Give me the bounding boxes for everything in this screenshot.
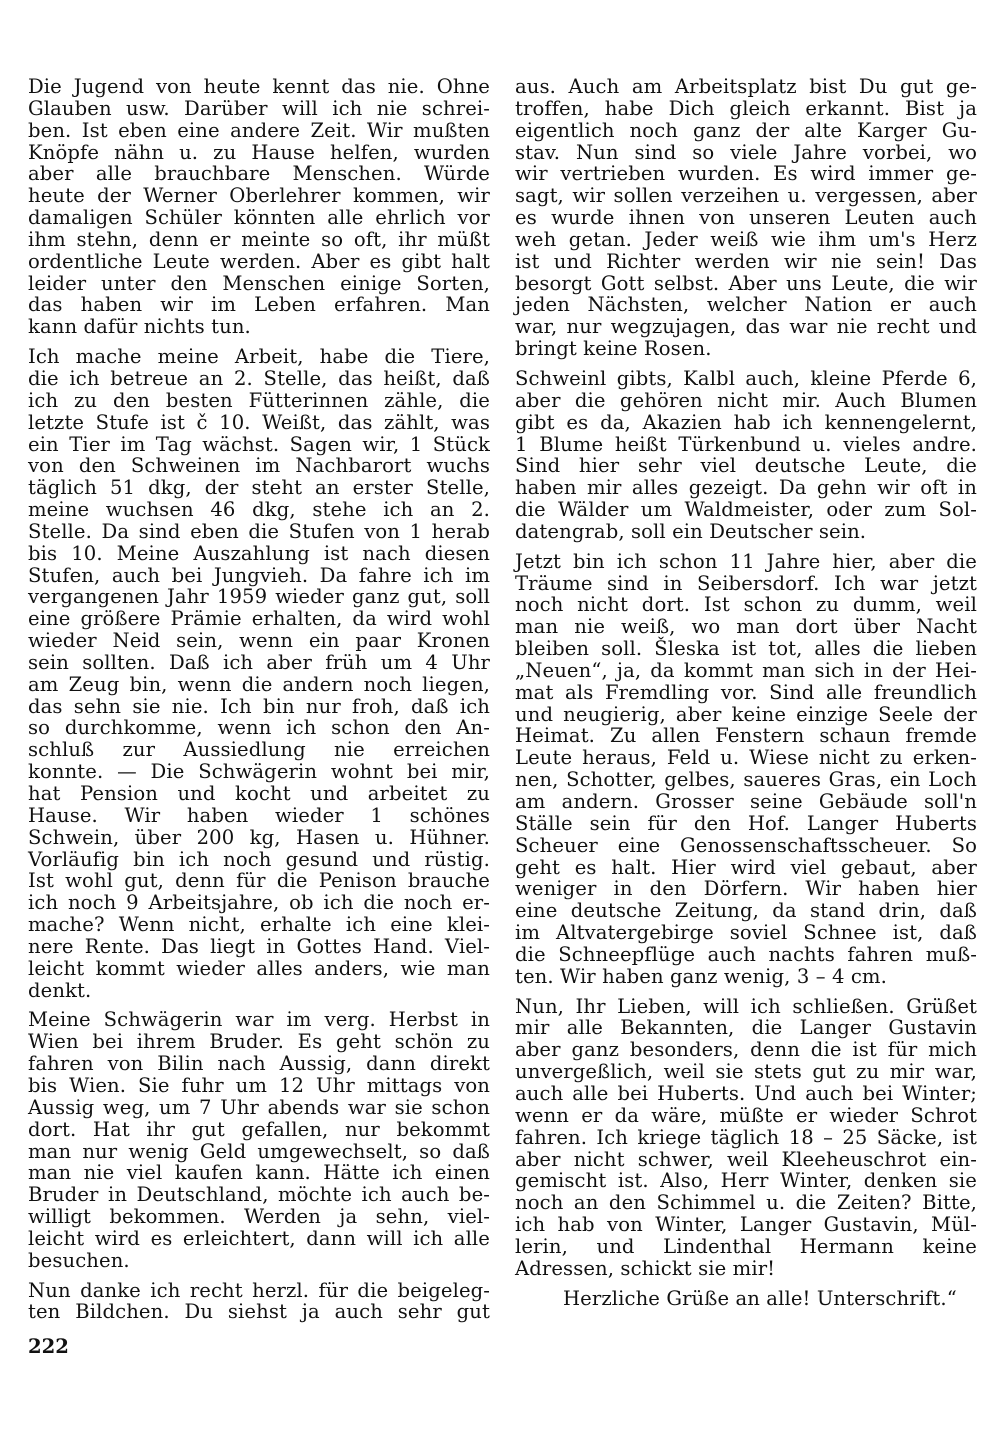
text-line: aber ganz besonders, denn die ist für mi… <box>515 1039 977 1061</box>
text-line: 1 Blume heißt Türkenbund u. vieles andre… <box>515 434 977 456</box>
text-line: jeden Nächsten, welcher Nation er auch <box>515 294 977 316</box>
text-line: Die Jugend von heute kennt das nie. Ohne <box>28 76 490 98</box>
text-line: eine deutsche Zeitung, da stand drin, da… <box>515 900 977 922</box>
left-column: Die Jugend von heute kennt das nie. Ohne… <box>28 76 490 1331</box>
text-line: dort. Hat ihr gut gefallen, nur bekommt <box>28 1119 490 1141</box>
paragraph: Nun danke ich recht herzl. für die beige… <box>28 1280 490 1324</box>
text-line: eigentlich noch ganz der alte Karger Gu- <box>515 120 977 142</box>
text-line: Hause. Wir haben wieder 1 schönes <box>28 805 490 827</box>
text-line: Meine Schwägerin war im verg. Herbst in <box>28 1009 490 1031</box>
text-line: mir alle Bekannten, die Langer Gustavin <box>515 1017 977 1039</box>
text-line: fahren von Bilin nach Aussig, dann direk… <box>28 1053 490 1075</box>
text-line: wir vertrieben wurden. Es wird immer ge- <box>515 163 977 185</box>
paragraph: Die Jugend von heute kennt das nie. Ohne… <box>28 76 490 338</box>
text-line: nen, Schotter, gelbes, saueres Gras, ein… <box>515 769 977 791</box>
text-line: leicht kommt wieder alles anders, wie ma… <box>28 958 490 980</box>
text-line: Schweinl gibts, Kalbl auch, kleine Pferd… <box>515 368 977 390</box>
text-line: besuchen. <box>28 1250 490 1272</box>
text-line: am Zeug bin, wenn die andern noch liegen… <box>28 674 490 696</box>
text-line: Sind hier sehr viel deutsche Leute, die <box>515 455 977 477</box>
text-line: Nun danke ich recht herzl. für die beige… <box>28 1280 490 1302</box>
text-line: täglich 51 dkg, der steht an erster Stel… <box>28 477 490 499</box>
paragraph: aus. Auch am Arbeitsplatz bist Du gut ge… <box>515 76 977 360</box>
text-line: leider unter den Menschen einige Sorten, <box>28 273 490 295</box>
closing-line: Herzliche Grüße an alle! Unterschrift.“ <box>515 1288 977 1310</box>
text-line: und neugierig, aber keine einzige Seele … <box>515 704 977 726</box>
text-line: die ich betreue an 2. Stelle, das heißt,… <box>28 368 490 390</box>
text-line: Ist wohl gut, denn für die Penison brauc… <box>28 870 490 892</box>
text-line: sagt, wir sollen verzeihen u. vergessen,… <box>515 185 977 207</box>
text-line: fahren. Ich kriege täglich 18 – 25 Säcke… <box>515 1127 977 1149</box>
text-line: Träume sind in Seibersdorf. Ich war jetz… <box>515 573 977 595</box>
text-line: das sehn sie nie. Ich bin nur froh, daß … <box>28 696 490 718</box>
text-line: haben mir alles gezeigt. Da gehn wir oft… <box>515 477 977 499</box>
text-line: aber alle brauchbare Menschen. Würde <box>28 163 490 185</box>
text-line: das haben wir im Leben erfahren. Man <box>28 294 490 316</box>
text-line: stav. Nun sind so viele Jahre vorbei, wo <box>515 142 977 164</box>
text-line: von den Schweinen im Nachbarort wuchs <box>28 455 490 477</box>
text-line: ten. Wir haben ganz wenig, 3 – 4 cm. <box>515 966 977 988</box>
text-line: letzte Stufe ist č 10. Weißt, das zählt,… <box>28 412 490 434</box>
text-line: Stelle. Da sind eben die Stufen von 1 he… <box>28 521 490 543</box>
text-line: meine wuchsen 46 dkg, stehe ich an 2. <box>28 499 490 521</box>
text-line: bis 10. Meine Auszahlung ist nach diesen <box>28 543 490 565</box>
text-line: unvergeßlich, weil sie stets gut zu mir … <box>515 1061 977 1083</box>
right-column: aus. Auch am Arbeitsplatz bist Du gut ge… <box>515 76 977 1317</box>
text-line: auch alle bei Huberts. Und auch bei Wint… <box>515 1083 977 1105</box>
text-line: willigt bekommen. Werden ja sehn, viel- <box>28 1206 490 1228</box>
text-line: noch an den Schimmel u. die Zeiten? Bitt… <box>515 1192 977 1214</box>
text-line: Vorläufig bin ich noch gesund und rüstig… <box>28 849 490 871</box>
text-line: ist und Richter werden wir nie sein! Das <box>515 251 977 273</box>
text-line: „Neuen“, ja, da kommt man sich in der He… <box>515 660 977 682</box>
text-line: Stufen, auch bei Jungvieh. Da fahre ich … <box>28 565 490 587</box>
text-line: mache? Wenn nicht, erhalte ich eine klei… <box>28 914 490 936</box>
text-line: Ställe sein für den Hof. Langer Huberts <box>515 813 977 835</box>
text-line: Bruder in Deutschland, möchte ich auch b… <box>28 1184 490 1206</box>
text-line: ben. Ist eben eine andere Zeit. Wir mußt… <box>28 120 490 142</box>
text-line: weh getan. Jeder weiß wie ihm um's Herz <box>515 229 977 251</box>
text-line: Adressen, schickt sie mir! <box>515 1258 977 1280</box>
text-line: war, nur wegzujagen, das war nie recht u… <box>515 316 977 338</box>
text-line: Jetzt bin ich schon 11 Jahre hier, aber … <box>515 551 977 573</box>
paragraph: Nun, Ihr Lieben, will ich schließen. Grü… <box>515 996 977 1280</box>
text-line: man nie weiß, wo man dort über Nacht <box>515 616 977 638</box>
text-line: ordentliche Leute werden. Aber es gibt h… <box>28 251 490 273</box>
text-line: konnte. — Die Schwägerin wohnt bei mir, <box>28 761 490 783</box>
text-line: Aussig weg, um 7 Uhr abends war sie scho… <box>28 1097 490 1119</box>
text-line: Nun, Ihr Lieben, will ich schließen. Grü… <box>515 996 977 1018</box>
paragraph: Ich mache meine Arbeit, habe die Tiere,d… <box>28 346 490 1001</box>
text-line: aber nicht schwer, weil Kleeheuschrot ei… <box>515 1149 977 1171</box>
text-line: Schwein, über 200 kg, Hasen u. Hühner. <box>28 827 490 849</box>
text-line: Ich mache meine Arbeit, habe die Tiere, <box>28 346 490 368</box>
text-line: besorgt Gott selbst. Aber uns Leute, die… <box>515 273 977 295</box>
text-line: geht es halt. Hier wird viel gebaut, abe… <box>515 857 977 879</box>
text-line: Scheuer eine Genossenschaftsscheuer. So <box>515 835 977 857</box>
text-line: ihm stehn, denn er meinte so oft, ihr mü… <box>28 229 490 251</box>
closing-signature: Herzliche Grüße an alle! Unterschrift.“ <box>515 1288 977 1310</box>
text-line: weniger in den Dörfern. Wir haben hier <box>515 878 977 900</box>
document-page: Die Jugend von heute kennt das nie. Ohne… <box>0 0 1000 1432</box>
text-line: noch nicht dort. Ist schon zu dumm, weil <box>515 594 977 616</box>
text-line: Wien bei ihrem Bruder. Es geht schön zu <box>28 1031 490 1053</box>
text-line: man nie viel kaufen kann. Hätte ich eine… <box>28 1162 490 1184</box>
text-line: ten Bildchen. Du siehst ja auch sehr gut <box>28 1301 490 1323</box>
text-line: ich hab von Winter, Langer Gustavin, Mül… <box>515 1214 977 1236</box>
text-line: aber die gehören nicht mir. Auch Blumen <box>515 390 977 412</box>
text-line: bleiben soll. Šleska ist tot, alles die … <box>515 638 977 660</box>
text-line: leicht wird es erleichtert, dann will ic… <box>28 1228 490 1250</box>
text-line: die Wälder um Waldmeister, oder zum Sol- <box>515 499 977 521</box>
text-line: wenn er da wäre, müßte er wieder Schrot <box>515 1105 977 1127</box>
paragraph: Jetzt bin ich schon 11 Jahre hier, aber … <box>515 551 977 988</box>
text-line: mat als Fremdling vor. Sind alle freundl… <box>515 682 977 704</box>
text-line: bis Wien. Sie fuhr um 12 Uhr mittags von <box>28 1075 490 1097</box>
text-line: Heimat. Zu allen Fenstern schaun fremde <box>515 725 977 747</box>
text-line: ich zu den besten Fütterinnen zähle, die <box>28 390 490 412</box>
text-line: denkt. <box>28 980 490 1002</box>
text-line: Leute heraus, Feld u. Wiese nicht zu erk… <box>515 747 977 769</box>
text-line: die Schneepflüge auch nachts fahren muß- <box>515 944 977 966</box>
page-number: 222 <box>28 1336 69 1358</box>
text-line: gemischt ist. Also, Herr Winter, denken … <box>515 1170 977 1192</box>
text-line: man nur wenig Geld umgewechselt, so daß <box>28 1141 490 1163</box>
text-line: sein sollten. Daß ich aber früh um 4 Uhr <box>28 652 490 674</box>
text-line: aus. Auch am Arbeitsplatz bist Du gut ge… <box>515 76 977 98</box>
text-line: wieder Neid sein, wenn ein paar Kronen <box>28 630 490 652</box>
paragraph: Schweinl gibts, Kalbl auch, kleine Pferd… <box>515 368 977 543</box>
text-line: es wurde ihnen von unseren Leuten auch <box>515 207 977 229</box>
text-line: gibt es da, Akazien hab ich kennengelern… <box>515 412 977 434</box>
text-line: heute der Werner Oberlehrer kommen, wir <box>28 185 490 207</box>
text-line: ein Tier im Tag wächst. Sagen wir, 1 Stü… <box>28 434 490 456</box>
text-line: schluß zur Aussiedlung nie erreichen <box>28 739 490 761</box>
text-line: am andern. Grosser seine Gebäude soll'n <box>515 791 977 813</box>
text-line: Glauben usw. Darüber will ich nie schrei… <box>28 98 490 120</box>
text-line: ich noch 9 Arbeitsjahre, ob ich die noch… <box>28 892 490 914</box>
paragraph: Meine Schwägerin war im verg. Herbst inW… <box>28 1009 490 1271</box>
text-line: so durchkomme, wenn ich schon den An- <box>28 717 490 739</box>
text-line: nere Rente. Das liegt in Gottes Hand. Vi… <box>28 936 490 958</box>
text-line: im Altvatergebirge soviel Schnee ist, da… <box>515 922 977 944</box>
text-line: bringt keine Rosen. <box>515 338 977 360</box>
text-line: vergangenen Jahr 1959 wieder ganz gut, s… <box>28 586 490 608</box>
text-line: datengrab, soll ein Deutscher sein. <box>515 521 977 543</box>
text-line: kann dafür nichts tun. <box>28 316 490 338</box>
text-line: lerin, und Lindenthal Hermann keine <box>515 1236 977 1258</box>
text-line: hat Pension und kocht und arbeitet zu <box>28 783 490 805</box>
text-line: damaligen Schüler könnten alle ehrlich v… <box>28 207 490 229</box>
text-line: eine größere Prämie erhalten, da wird wo… <box>28 608 490 630</box>
text-line: Knöpfe nähn u. zu Hause helfen, wurden <box>28 142 490 164</box>
text-line: troffen, habe Dich gleich erkannt. Bist … <box>515 98 977 120</box>
